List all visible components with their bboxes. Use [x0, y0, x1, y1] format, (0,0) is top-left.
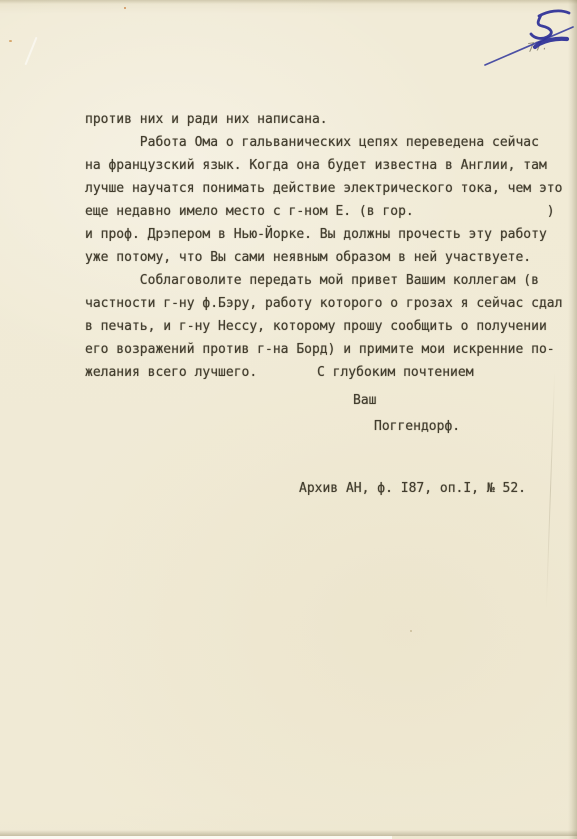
paper-speck — [9, 40, 12, 42]
typed-line: в печать, и г-ну Нессу, которому прошу с… — [85, 315, 562, 338]
typed-line: против них и ради них написана. — [85, 108, 562, 131]
paper-crease-right — [546, 370, 555, 610]
strike-through-line — [485, 27, 573, 65]
typed-line: Работа Ома о гальванических цепях переве… — [85, 131, 562, 154]
paper-speck — [124, 7, 126, 9]
paper-edge-shadow-right — [568, 0, 577, 839]
closing-salutation: С глубоким почтением — [317, 361, 474, 384]
typed-line: уже потому, что Вы сами неявным образом … — [85, 246, 562, 269]
scanned-letter-page: 77. против них и ради них написана. Рабо… — [0, 0, 577, 839]
closing-signature: Поггендорф. — [374, 415, 460, 438]
paper-crease-top-left — [24, 37, 37, 66]
typed-line: и проф. Дрэпером в Нью-Йорке. Вы должны … — [85, 223, 562, 246]
paper-sheet: 77. против них и ради них написана. Рабо… — [0, 0, 577, 839]
closing-valediction: Ваш — [353, 389, 376, 412]
typed-line: Соблаговолите передать мой привет Вашим … — [85, 269, 562, 292]
typed-line: частности г-ну ф.Бэру, работу которого о… — [85, 292, 562, 315]
paper-speck — [410, 630, 412, 632]
letter-body: против них и ради них написана. Работа О… — [85, 63, 562, 384]
typed-line: лучше научатся понимать действие электри… — [85, 177, 562, 200]
typed-line: еще недавно имело место с г-ном Е. (в го… — [85, 200, 562, 223]
typed-line: на французский язык. Когда она будет изв… — [85, 154, 562, 177]
typed-line: его возражений против г-на Борд) и прими… — [85, 338, 562, 361]
archive-reference: Архив АН, ф. I87, оп.I, № 52. — [299, 477, 526, 500]
